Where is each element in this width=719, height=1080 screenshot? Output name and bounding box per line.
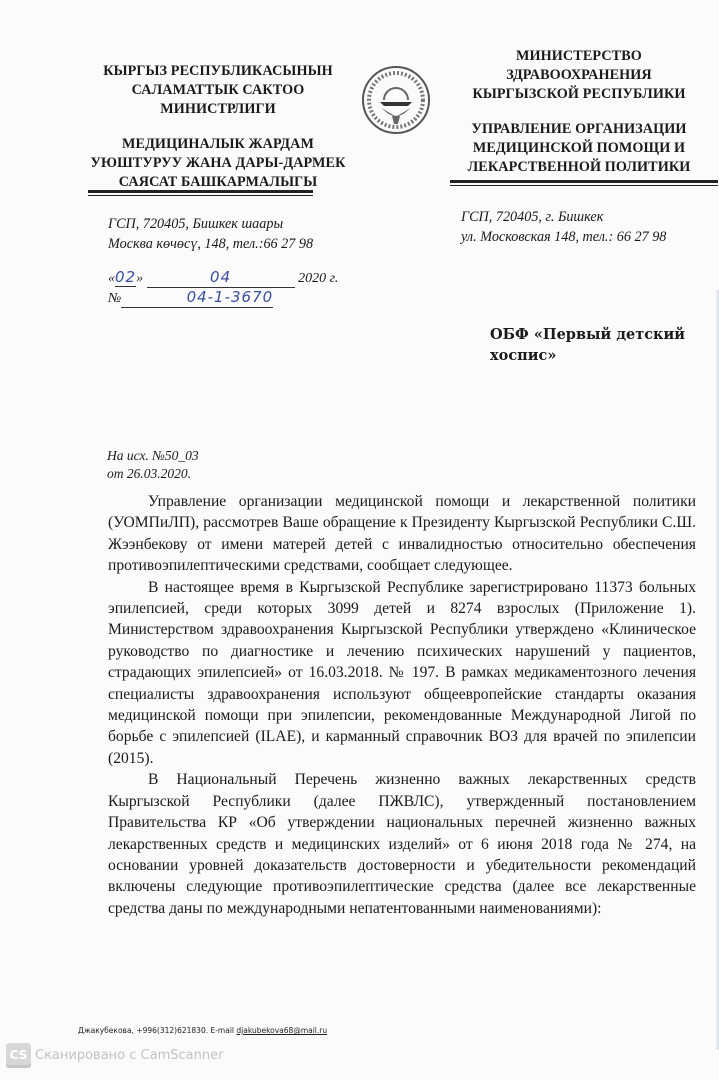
handwritten-day: 02 bbox=[115, 268, 136, 287]
year-label: 2020 г. bbox=[298, 271, 338, 286]
paragraph: Управление организации медицинской помощ… bbox=[108, 491, 696, 577]
page-edge-shadow bbox=[715, 290, 719, 1050]
address-line: ГСП, 720405, г. Бишкек bbox=[461, 207, 666, 227]
registration-block: «02» 04 2020 г. №04-1-3670 bbox=[108, 268, 338, 308]
header-divider-left bbox=[88, 190, 313, 196]
header-line: ЛЕКАРСТВЕННОЙ ПОЛИТИКИ bbox=[450, 158, 708, 177]
contact-text: Джакубекова, +996(312)621830. E-mail bbox=[78, 1026, 236, 1035]
reference-date: от 26.03.2020. bbox=[107, 465, 199, 483]
header-divider-right bbox=[450, 180, 718, 186]
paragraph: В настоящее время в Кыргызской Республик… bbox=[108, 577, 696, 770]
department-name-kg: МЕДИЦИНАЛЫК ЖАРДАМ УЮШТУРУУ ЖАНА ДАРЫ-ДА… bbox=[88, 135, 348, 192]
address-line: ул. Московская 148, тел.: 66 27 98 bbox=[461, 227, 666, 247]
ministry-name-kg: КЫРГЫЗ РЕСПУБЛИКАСЫНЫН САЛАМАТТЫК САКТОО… bbox=[88, 62, 348, 119]
camscanner-logo-icon: CS bbox=[6, 1043, 31, 1068]
header-line: КЫРГЫЗ РЕСПУБЛИКАСЫНЫН bbox=[88, 62, 348, 81]
header-line: ЗДРАВООХРАНЕНИЯ bbox=[450, 66, 708, 85]
address-kg: ГСП, 720405, Бишкек шаары Москва көчөсү,… bbox=[108, 214, 313, 254]
registration-number: №04-1-3670 bbox=[108, 288, 338, 308]
header-line: МИНИСТРЛИГИ bbox=[88, 100, 348, 119]
header-right-russian: МИНИСТЕРСТВО ЗДРАВООХРАНЕНИЯ КЫРГЫЗСКОЙ … bbox=[450, 47, 708, 177]
email-link[interactable]: djakubekova68@mail.ru bbox=[236, 1026, 327, 1035]
letter-page: КЫРГЫЗ РЕСПУБЛИКАСЫНЫН САЛАМАТТЫК САКТОО… bbox=[0, 0, 719, 1080]
handwritten-month: 04 bbox=[210, 268, 231, 286]
registration-date: «02» 04 2020 г. bbox=[108, 268, 338, 288]
header-line: КЫРГЫЗСКОЙ РЕСПУБЛИКИ bbox=[450, 85, 708, 104]
header-line: САЛАМАТТЫК САКТОО bbox=[88, 81, 348, 100]
address-line: ГСП, 720405, Бишкек шаары bbox=[108, 214, 313, 234]
recipient: ОБФ «Первый детский хоспис» bbox=[490, 324, 695, 366]
header-line: УЮШТУРУУ ЖАНА ДАРЫ-ДАРМЕК bbox=[88, 154, 348, 173]
footer-contact: Джакубекова, +996(312)621830. E-mail dja… bbox=[78, 1026, 327, 1035]
header-line: МЕДИЦИНСКОЙ ПОМОЩИ И bbox=[450, 139, 708, 158]
reference-number: На исх. №50_03 bbox=[107, 447, 199, 465]
letter-body: Управление организации медицинской помощ… bbox=[108, 491, 696, 919]
month-field: 04 bbox=[147, 268, 295, 288]
number-label: № bbox=[108, 291, 121, 306]
camscanner-text: Сканировано с CamScanner bbox=[35, 1048, 223, 1063]
number-field: 04-1-3670 bbox=[121, 288, 273, 308]
handwritten-number: 04-1-3670 bbox=[187, 288, 274, 306]
address-line: Москва көчөсү, 148, тел.:66 27 98 bbox=[108, 234, 313, 254]
ministry-name-ru: МИНИСТЕРСТВО ЗДРАВООХРАНЕНИЯ КЫРГЫЗСКОЙ … bbox=[450, 47, 708, 104]
header-left-kyrgyz: КЫРГЫЗ РЕСПУБЛИКАСЫНЫН САЛАМАТТЫК САКТОО… bbox=[88, 62, 348, 192]
state-emblem-icon bbox=[358, 64, 434, 136]
address-ru: ГСП, 720405, г. Бишкек ул. Московская 14… bbox=[461, 207, 666, 247]
header-line: МЕДИЦИНАЛЫК ЖАРДАМ bbox=[88, 135, 348, 154]
header-line: УПРАВЛЕНИЕ ОРГАНИЗАЦИИ bbox=[450, 120, 708, 139]
paragraph: В Национальный Перечень жизненно важных … bbox=[108, 769, 696, 919]
camscanner-watermark: CS Сканировано с CamScanner bbox=[6, 1043, 223, 1068]
department-name-ru: УПРАВЛЕНИЕ ОРГАНИЗАЦИИ МЕДИЦИНСКОЙ ПОМОЩ… bbox=[450, 120, 708, 177]
header-line: МИНИСТЕРСТВО bbox=[450, 47, 708, 66]
reference-block: На исх. №50_03 от 26.03.2020. bbox=[107, 447, 199, 483]
